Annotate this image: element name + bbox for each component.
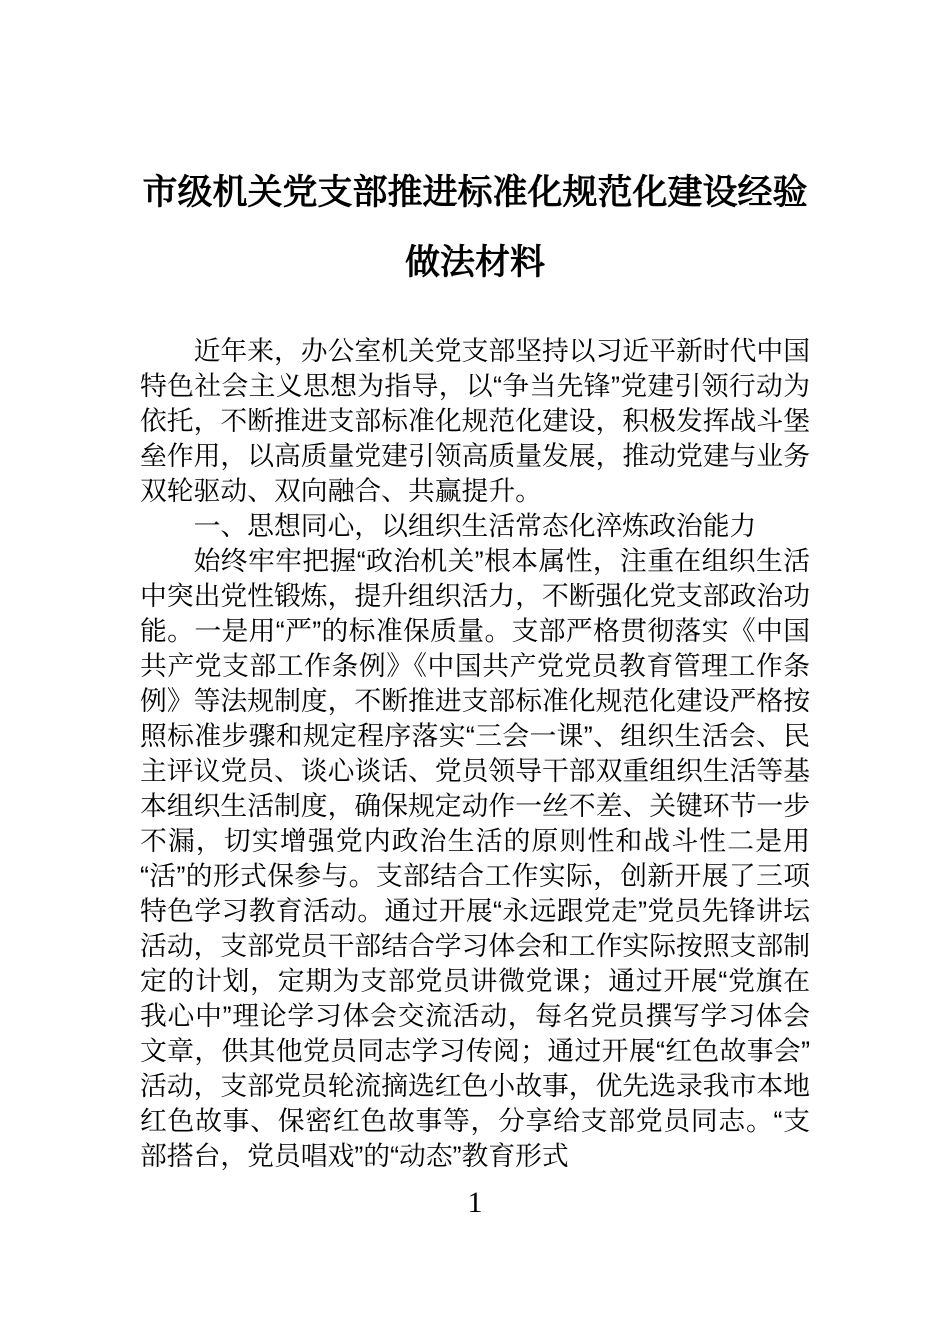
- document-content: 市级机关党支部推进标准化规范化建设经验做法材料 近年来，办公室机关党支部坚持以习…: [140, 158, 810, 1174]
- document-title: 市级机关党支部推进标准化规范化建设经验做法材料: [140, 158, 810, 298]
- document-page: 市级机关党支部推进标准化规范化建设经验做法材料 近年来，办公室机关党支部坚持以习…: [0, 0, 950, 1344]
- section-heading-1: 一、思想同心，以组织生活常态化淬炼政治能力: [140, 509, 810, 544]
- paragraph-intro: 近年来，办公室机关党支部坚持以习近平新时代中国特色社会主义思想为指导，以“争当先…: [140, 334, 810, 509]
- paragraph-section-1-body: 始终牢牢把握“政治机关”根本属性，注重在组织生活中突出党性锻炼，提升组织活力，不…: [140, 544, 810, 1174]
- page-number: 1: [0, 1186, 950, 1220]
